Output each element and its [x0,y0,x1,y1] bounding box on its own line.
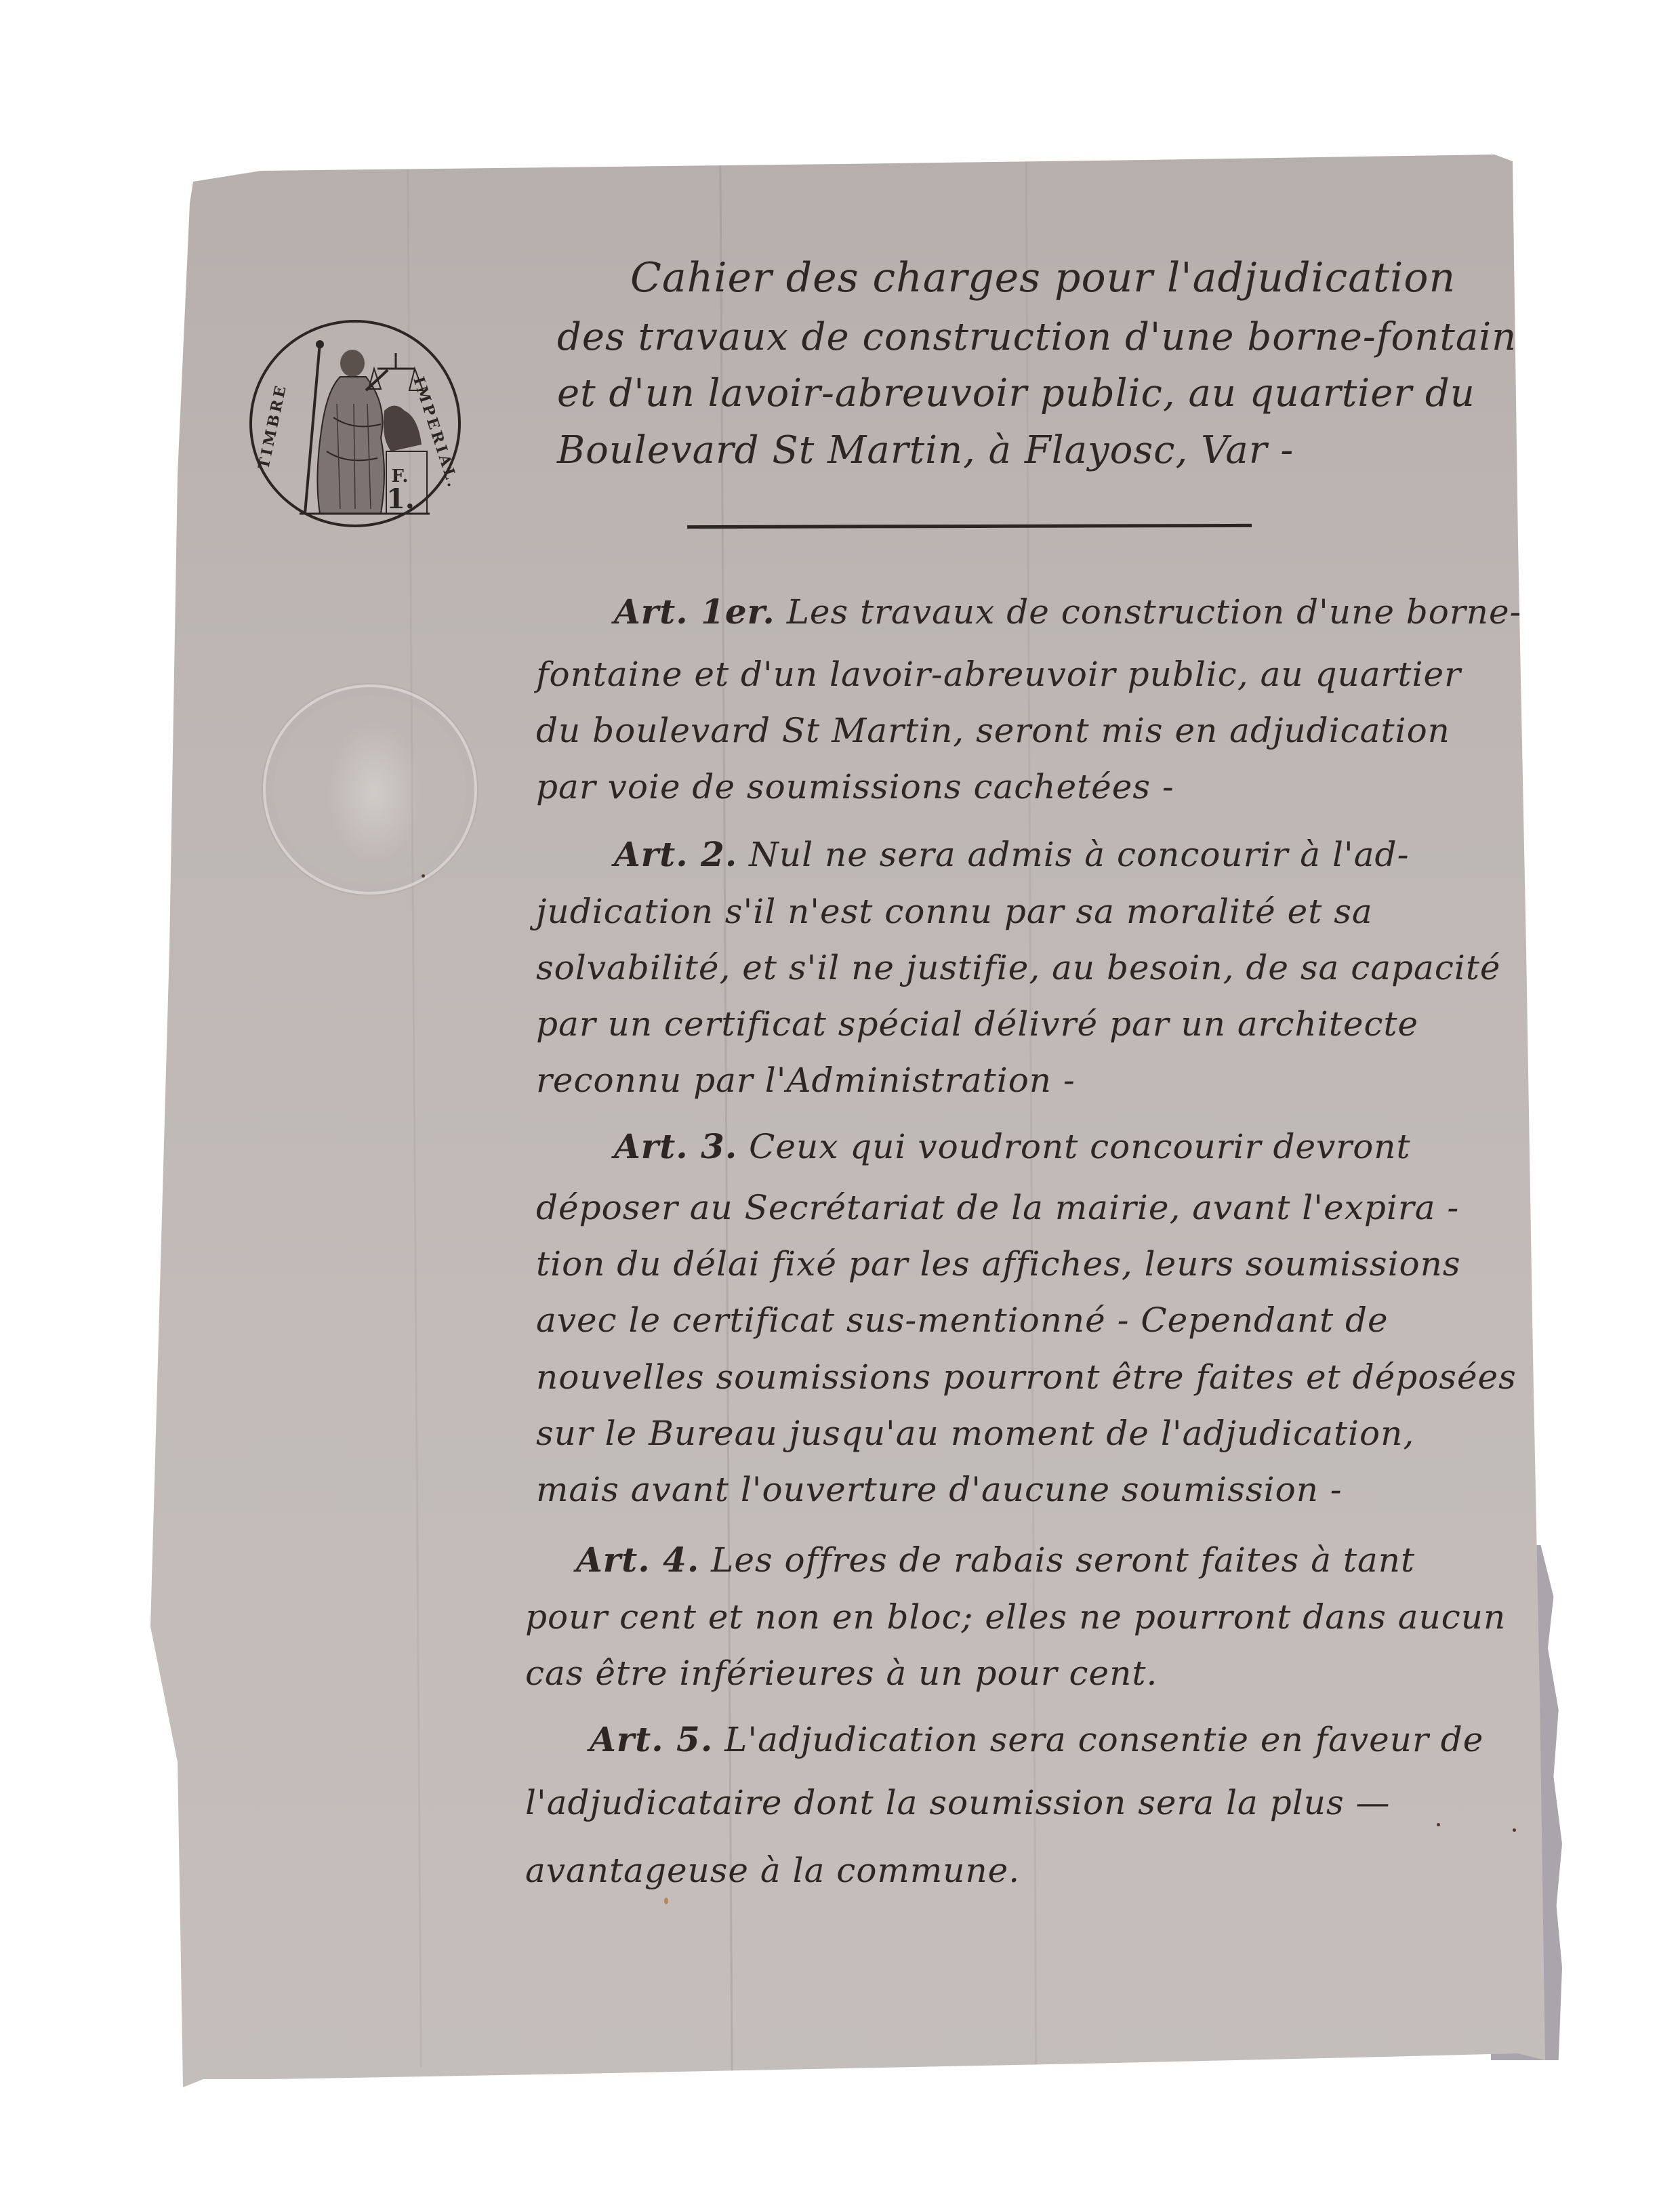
article-2-line-3: solvabilité, et s'il ne justifie, au bes… [536,951,1501,985]
article-text: Ceux qui voudront concourir devront [749,1127,1410,1166]
article-4-line-3: cas être inférieures à un pour cent. [525,1656,1158,1690]
article-5-label: Art. 5. [590,1719,713,1759]
paper-speck [664,1898,668,1904]
article-3-line-3: tion du délai fixé par les affiches, leu… [536,1247,1461,1281]
title-line-3: et d'un lavoir-abreuvoir public, au quar… [557,375,1475,413]
article-1-line-1: Art. 1er. Les travaux de construction d'… [614,595,1522,629]
article-5-line-1: Art. 5. L'adjudication sera consentie en… [590,1723,1483,1757]
article-3-line-5: nouvelles soumissions pourront être fait… [536,1360,1517,1394]
paper-speck [1513,1828,1516,1832]
article-3-line-1: Art. 3. Ceux qui voudront concourir devr… [614,1130,1411,1164]
title-divider-rule [687,524,1252,529]
article-text: L'adjudication sera consentie en faveur … [724,1720,1483,1759]
paper-speck [422,874,425,878]
article-text: Nul ne sera admis à concourir à l'ad- [749,835,1409,874]
document-page: TIMBRE IMPERIAL. [0,0,1659,2212]
timbre-imperial-stamp: TIMBRE IMPERIAL. [249,320,461,527]
article-4-line-1: Art. 4. Les offres de rabais seront fait… [576,1543,1415,1577]
article-4-label: Art. 4. [576,1540,699,1580]
article-3-line-2: déposer au Secrétariat de la mairie, ava… [536,1191,1459,1225]
article-3-line-7: mais avant l'ouverture d'aucune soumissi… [536,1473,1343,1507]
article-text: Les travaux de construction d'une borne- [787,592,1522,632]
article-1-label: Art. 1er. [614,592,775,632]
article-3-line-6: sur le Bureau jusqu'au moment de l'adjud… [536,1416,1414,1450]
article-4-line-2: pour cent et non en bloc; elles ne pourr… [525,1600,1506,1634]
article-2-line-2: judication s'il n'est connu par sa moral… [536,895,1373,928]
article-2-line-5: reconnu par l'Administration - [536,1063,1076,1097]
article-text: Les offres de rabais seront faites à tan… [711,1540,1415,1580]
title-line-1: Cahier des charges pour l'adjudication [630,258,1456,298]
article-2-label: Art. 2. [614,834,737,874]
title-line-4: Boulevard St Martin, à Flayosc, Var - [557,432,1294,470]
embossed-eagle-seal-icon [263,684,477,895]
title-line-2: des travaux de construction d'une borne-… [557,319,1540,356]
article-1-line-3: du boulevard St Martin, seront mis en ad… [536,714,1450,747]
article-2-line-4: par un certificat spécial délivré par un… [536,1007,1418,1041]
article-3-line-4: avec le certificat sus-mentionné - Cepen… [536,1303,1389,1337]
embossed-eagle-icon [327,721,422,863]
article-1-line-2: fontaine et d'un lavoir-abreuvoir public… [536,657,1461,691]
stamp-denomination: F. 1. [386,465,413,511]
article-5-line-2: l'adjudicataire dont la soumission sera … [525,1786,1391,1820]
denomination-bottom: 1. [386,488,413,511]
paper-speck [1437,1823,1440,1826]
article-1-line-4: par voie de soumissions cachetées - [536,770,1174,804]
article-5-line-3: avantageuse à la commune. [525,1853,1020,1887]
article-3-label: Art. 3. [614,1126,737,1166]
article-2-line-1: Art. 2. Nul ne sera admis à concourir à … [614,838,1409,872]
